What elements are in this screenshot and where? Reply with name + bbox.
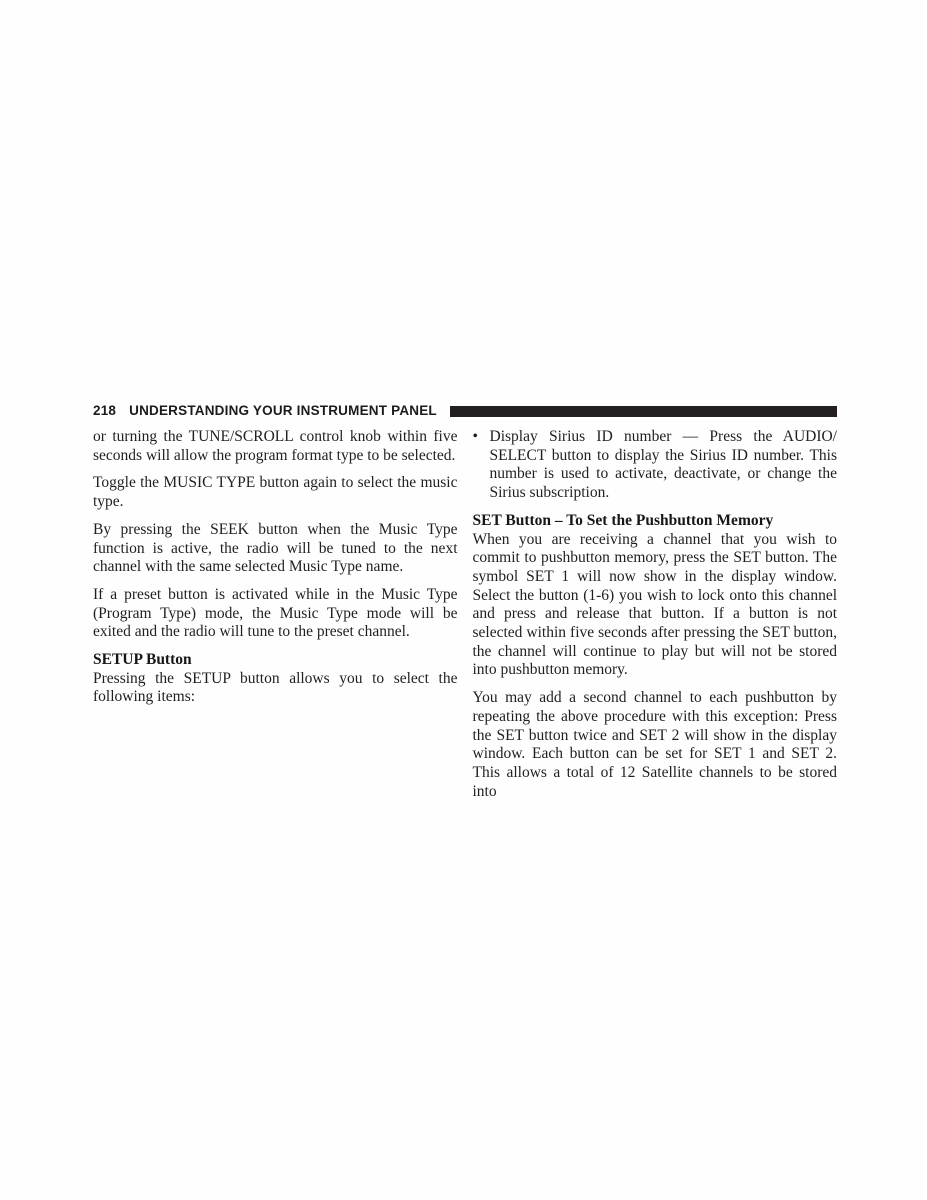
running-header: 218 UNDERSTANDING YOUR INSTRUMENT PANEL	[93, 403, 837, 418]
section-heading-setup-button: SETUP Button	[93, 651, 458, 670]
paragraph-tune-scroll: or turning the TUNE/SCROLL control knob …	[93, 428, 458, 465]
paragraph-setup-intro: Pressing the SETUP button allows you to …	[93, 670, 458, 707]
manual-page: 218 UNDERSTANDING YOUR INSTRUMENT PANEL …	[0, 0, 927, 1200]
paragraph-second-channel: You may add a second channel to each pus…	[473, 689, 838, 801]
paragraph-music-type-toggle: Toggle the MUSIC TYPE button again to se…	[93, 474, 458, 511]
left-column: or turning the TUNE/SCROLL control knob …	[93, 428, 458, 810]
two-column-layout: or turning the TUNE/SCROLL control knob …	[93, 428, 837, 810]
page-content: 218 UNDERSTANDING YOUR INSTRUMENT PANEL …	[93, 403, 837, 810]
bullet-icon: •	[473, 428, 490, 503]
page-number: 218	[93, 403, 116, 418]
list-item-sirius-id: • Display Sirius ID number — Press the A…	[473, 428, 838, 503]
header-title: UNDERSTANDING YOUR INSTRUMENT PANEL	[129, 403, 437, 418]
paragraph-set-memory: When you are receiving a channel that yo…	[473, 531, 838, 681]
list-item-text: Display Sirius ID number — Press the AUD…	[490, 428, 838, 503]
section-heading-set-button: SET Button – To Set the Pushbutton Memor…	[473, 512, 838, 531]
paragraph-seek-button: By pressing the SEEK button when the Mus…	[93, 521, 458, 577]
right-column: • Display Sirius ID number — Press the A…	[473, 428, 838, 810]
paragraph-preset-button: If a preset button is activated while in…	[93, 586, 458, 642]
header-rule	[450, 406, 837, 417]
